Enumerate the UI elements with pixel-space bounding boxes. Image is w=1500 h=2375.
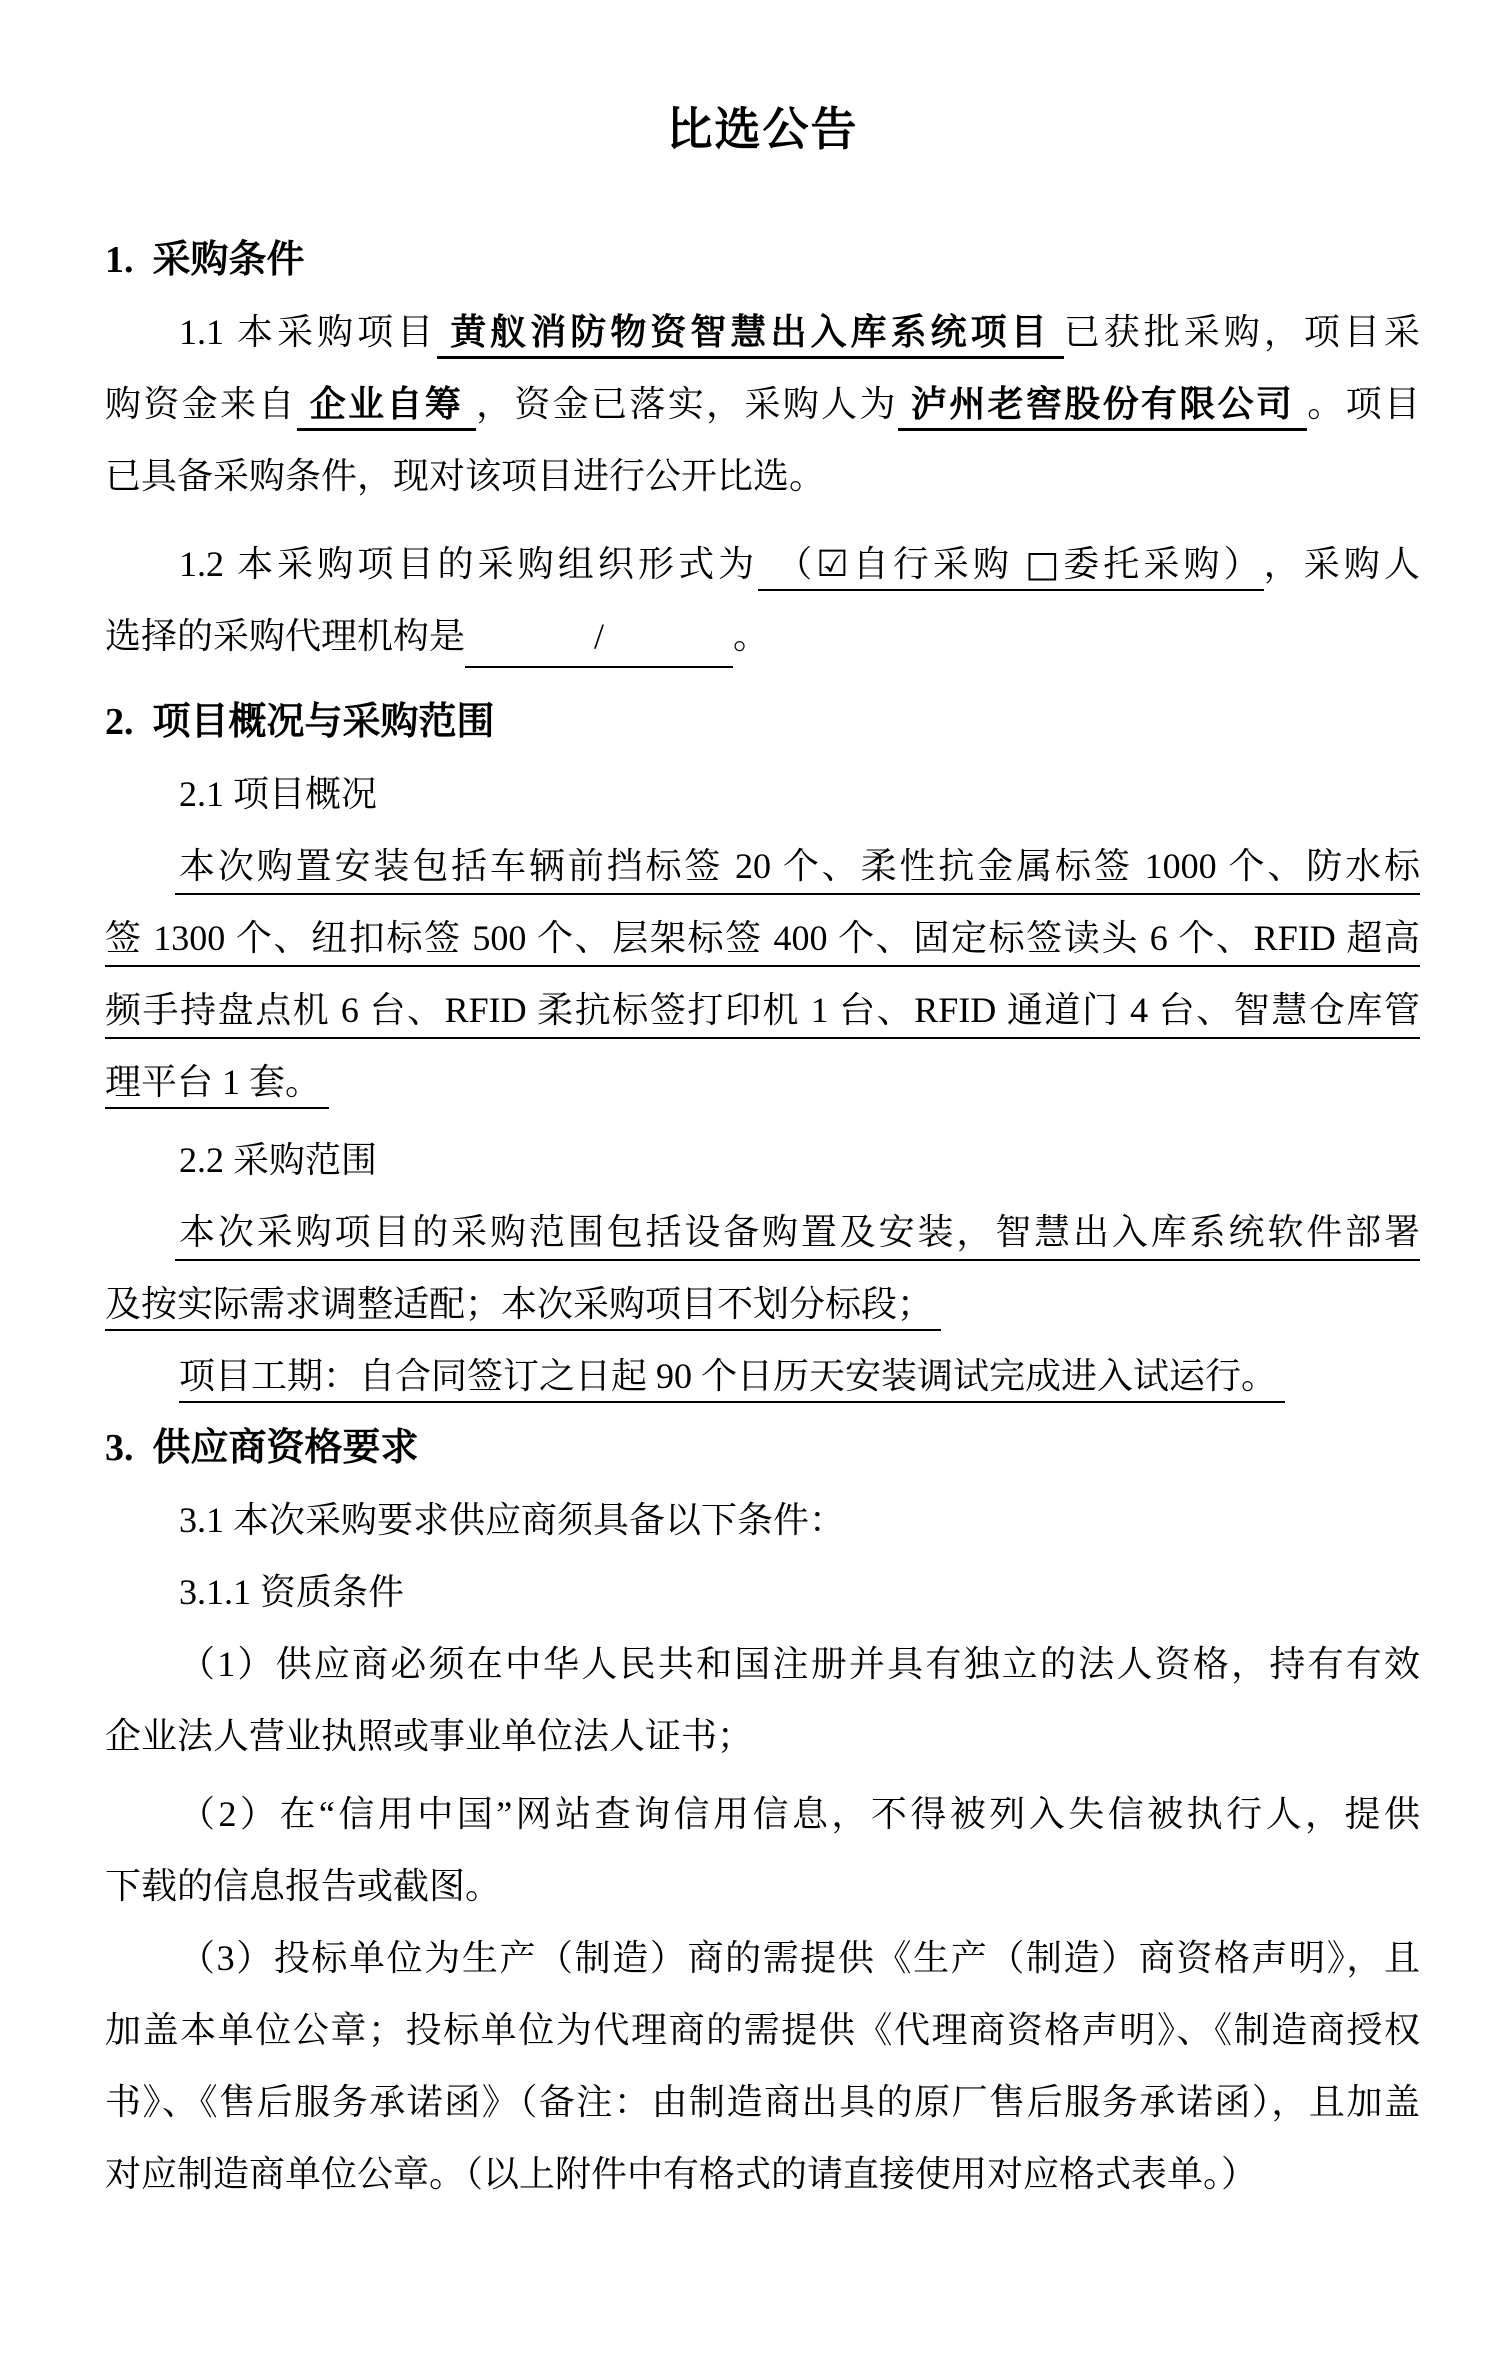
scope-line-2-underlined: 及按实际需求调整适配；本次采购项目不划分标段； [105,1284,941,1331]
agency-blank-underlined: / [465,606,733,668]
qualification-3-line-2: 加盖本单位公章；投标单位为代理商的需提供《代理商资格声明》、《制造商授权 [105,1994,1420,2066]
clause-1-1-text-end: 。项目 [1307,384,1420,424]
overview-line-4-underlined: 理平台 1 套。 [105,1062,329,1109]
org-form-underlined: （☑自行采购□委托采购） [758,544,1263,591]
unchecked-checkbox-icon: □ [1025,544,1063,585]
self-procurement-label: 自行采购 [849,544,1013,584]
document-page: 比选公告 1. 采购条件 1.1 本采购项目黄舣消防物资智慧出入库系统项目已获批… [0,0,1500,2375]
qualification-1-line-1: （1）供应商必须在中华人民共和国注册并具有独立的法人资格，持有有效 [105,1628,1420,1700]
clause-1-1-line-3: 已具备采购条件，现对该项目进行公开比选。 [105,440,1420,512]
overview-line-2: 签 1300 个、纽扣标签 500 个、层架标签 400 个、固定标签读头 6 … [105,902,1420,974]
clause-1-1-text-pre: 1.1 本采购项目 [179,312,437,352]
clause-1-1-line-1: 1.1 本采购项目黄舣消防物资智慧出入库系统项目已获批采购，项目采 [105,296,1420,368]
agency-label: 选择的采购代理机构是 [105,616,465,656]
duration-underlined: 项目工期：自合同签订之日起 90 个日历天安装调试完成进入试运行。 [179,1356,1285,1403]
qualification-2-line-1: （2）在“信用中国”网站查询信用信息，不得被列入失信被执行人，提供 [105,1778,1420,1850]
qualification-3-line-1: （3）投标单位为生产（制造）商的需提供《生产（制造）商资格声明》，且 [105,1922,1420,1994]
delegated-procurement-label: 委托采购） [1063,544,1245,584]
clause-1-2-line-1: 1.2 本采购项目的采购组织形式为（☑自行采购□委托采购），采购人 [105,528,1420,600]
section-2-1-heading: 2.1 项目概况 [105,758,1420,830]
overview-line-4: 理平台 1 套。 [105,1046,1420,1118]
funding-label: 购资金来自 [105,384,297,424]
qualification-3-line-3: 书》、《售后服务承诺函》（备注：由制造商出具的原厂售后服务承诺函），且加盖 [105,2066,1420,2138]
scope-line-1: 本次采购项目的采购范围包括设备购置及安装，智慧出入库系统软件部署 [105,1196,1420,1268]
paren-open: （ [776,544,816,584]
document-title: 比选公告 [105,104,1420,156]
clause-1-2-text-post: ，采购人 [1264,544,1420,584]
clause-1-2-line-2: 选择的采购代理机构是/。 [105,600,1420,672]
project-name-underlined: 黄舣消防物资智慧出入库系统项目 [437,312,1064,359]
qualification-1-line-2: 企业法人营业执照或事业单位法人证书； [105,1700,1420,1772]
period-mark: 。 [733,616,769,656]
clause-1-1-text-post: 已获批采购，项目采 [1064,312,1420,352]
overview-line-1: 本次购置安装包括车辆前挡标签 20 个、柔性抗金属标签 1000 个、防水标 [105,830,1420,902]
qualification-2-line-2: 下载的信息报告或截图。 [105,1850,1420,1922]
qualification-3-line-4: 对应制造商单位公章。（以上附件中有格式的请直接使用对应格式表单。） [105,2138,1420,2210]
checked-checkbox-icon: ☑ [816,544,848,585]
scope-line-2: 及按实际需求调整适配；本次采购项目不划分标段； [105,1268,1420,1340]
overview-line-3: 频手持盘点机 6 台、RFID 柔抗标签打印机 1 台、RFID 通道门 4 台… [105,974,1420,1046]
duration-line: 项目工期：自合同签订之日起 90 个日历天安装调试完成进入试运行。 [105,1340,1420,1412]
org-form-label: 1.2 本采购项目的采购组织形式为 [179,544,758,584]
section-3-1-heading: 3.1 本次采购要求供应商须具备以下条件： [105,1484,1420,1556]
purchaser-name-underlined: 泸州老窖股份有限公司 [898,384,1307,431]
section-2-heading: 2. 项目概况与采购范围 [105,686,1420,758]
section-3-1-1-heading: 3.1.1 资质条件 [105,1556,1420,1628]
section-3-heading: 3. 供应商资格要求 [105,1412,1420,1484]
section-1-heading: 1. 采购条件 [105,224,1420,296]
funding-source-underlined: 企业自筹 [297,384,476,431]
purchaser-label: ，资金已落实，采购人为 [476,384,898,424]
clause-1-1-line-2: 购资金来自企业自筹，资金已落实，采购人为泸州老窖股份有限公司。项目 [105,368,1420,440]
section-2-2-heading: 2.2 采购范围 [105,1124,1420,1196]
